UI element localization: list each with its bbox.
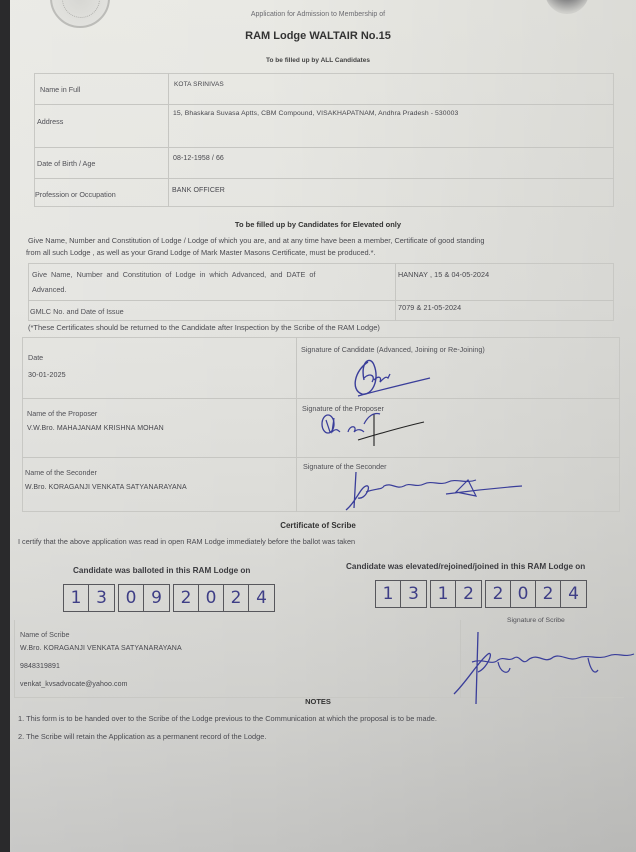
name-value[interactable]: KOTA SRINIVAS [174,81,224,88]
address-value[interactable]: 15, Bhaskara Suvasa Aptts, CBM Compound,… [173,110,458,117]
name-label: Name in Full [40,85,80,94]
elevated-month: 1 2 [430,580,482,608]
candidate-signature [350,350,440,405]
digit-box[interactable]: 1 [64,585,89,611]
date-label: Date [28,353,43,362]
balloted-month: 0 9 [118,584,170,612]
digit-box[interactable]: 4 [249,585,274,611]
date-value[interactable]: 30-01-2025 [28,370,66,379]
scribe-statement: I certify that the above application was… [18,536,355,548]
gmlc-label: GMLC No. and Date of Issue [30,307,124,316]
digit-box[interactable]: 2 [456,581,481,607]
scribe-certificate-heading: Certificate of Scribe [0,521,636,530]
address-label: Address [37,117,63,126]
note-item: 2. The Scribe will retain the Applicatio… [18,731,266,743]
scribe-name-label: Name of Scribe [20,630,70,639]
occupation-value[interactable]: BANK OFFICER [172,187,225,194]
balloted-label: Candidate was balloted in this RAM Lodge… [73,566,250,575]
section-elevated-heading: To be filled up by Candidates for Elevat… [0,220,636,229]
certificates-note: (*These Certificates should be returned … [28,322,380,334]
notes-heading: NOTES [0,697,636,706]
digit-box[interactable]: 1 [431,581,456,607]
elevated-day: 1 3 [375,580,427,608]
digit-box[interactable]: 9 [144,585,169,611]
digit-box[interactable]: 0 [199,585,224,611]
digit-box[interactable]: 4 [561,581,586,607]
elevated-year: 2 0 2 4 [485,580,587,608]
scribe-signature-label: Signature of Scribe [507,617,565,624]
occupation-label: Profession or Occupation [35,190,116,199]
digit-box[interactable]: 0 [119,585,144,611]
balloted-year: 2 0 2 4 [173,584,275,612]
elevated-instruction-line1: Give Name, Number and Constitution of Lo… [28,235,484,247]
seconder-signature [336,468,536,518]
form-subtitle: Application for Admission to Membership … [0,11,636,18]
dob-age-value[interactable]: 08-12-1958 / 66 [173,155,224,162]
digit-box[interactable]: 1 [376,581,401,607]
proposer-label: Name of the Proposer [27,409,97,418]
digit-box[interactable]: 2 [486,581,511,607]
dob-age-label: Date of Birth / Age [37,159,95,168]
balloted-day: 1 3 [63,584,115,612]
advanced-lodge-label-cont: Advanced. [32,285,66,294]
digit-box[interactable]: 3 [401,581,426,607]
seconder-label: Name of the Seconder [25,468,97,477]
elevated-instruction-line2: from all such Lodge , as well as your Gr… [26,247,376,259]
section-all-candidates-heading: To be filled up by ALL Candidates [0,57,636,64]
scribe-email-value[interactable]: venkat_kvsadvocate@yahoo.com [20,681,128,688]
note-item: 1. This form is to be handed over to the… [18,713,437,725]
scribe-name-value[interactable]: W.Bro. KORAGANJI VENKATA SATYANARAYANA [20,645,182,652]
form-title: RAM Lodge WALTAIR No.15 [0,30,636,42]
advanced-lodge-label: Give Name, Number and Constitution of Lo… [32,270,315,279]
balloted-date-boxes: 1 3 0 9 2 0 2 4 [63,584,275,612]
digit-box[interactable]: 2 [224,585,249,611]
proposer-signature [318,410,428,455]
elevated-label: Candidate was elevated/rejoined/joined i… [346,562,585,571]
digit-box[interactable]: 3 [89,585,114,611]
candidate-details-table [34,73,614,207]
digit-box[interactable]: 0 [511,581,536,607]
digit-box[interactable]: 2 [536,581,561,607]
digit-box[interactable]: 2 [174,585,199,611]
elevated-date-boxes: 1 3 1 2 2 0 2 4 [375,580,587,608]
gmlc-value[interactable]: 7079 & 21-05-2024 [398,303,461,312]
scribe-phone-value[interactable]: 9848319891 [20,663,60,670]
advanced-lodge-value[interactable]: HANNAY , 15 & 04-05-2024 [398,270,489,279]
seconder-value[interactable]: W.Bro. KORAGANJI VENKATA SATYANARAYANA [25,484,187,491]
proposer-value[interactable]: V.W.Bro. MAHAJANAM KRISHNA MOHAN [27,425,164,432]
